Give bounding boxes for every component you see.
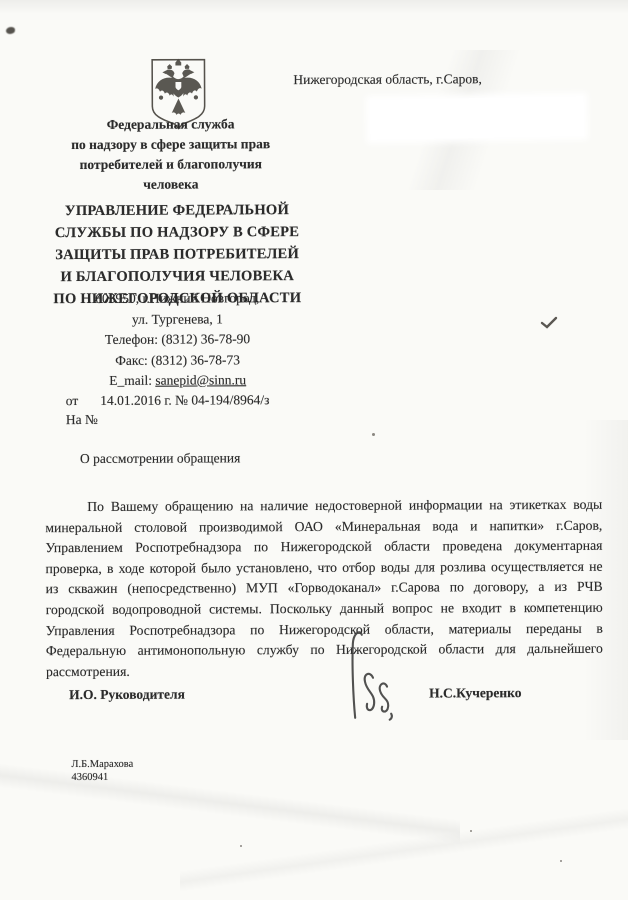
- subject-line: О рассмотрении обращения: [80, 450, 240, 467]
- contact-block: 603950, г.Нижний Новгород, ул. Тургенева…: [25, 288, 329, 392]
- from-label: от: [66, 393, 79, 408]
- scanned-letter-page: Нижегородская область, г.Саров, Федераль…: [0, 0, 628, 900]
- org-name-line: потребителей и благополучия: [31, 154, 311, 175]
- executor-phone: 4360941: [71, 771, 133, 784]
- org-name-block: Федеральная служба по надзору в сфере за…: [31, 114, 311, 195]
- email-address: sanepid@sinn.ru: [155, 372, 246, 387]
- org-name-line: человека: [31, 174, 311, 195]
- email-line: E_mail: sanepid@sinn.ru: [26, 370, 330, 392]
- recipient-region-city: Нижегородская область, г.Саров,: [293, 71, 481, 88]
- incoming-reference-line: На №: [66, 409, 270, 429]
- handwritten-signature-icon: [339, 626, 411, 731]
- reference-block: от14.01.2016 г. № 04-194/8964/з На №: [66, 390, 270, 429]
- executor-block: Л.Б.Марахова 4360941: [71, 758, 133, 784]
- department-name-line: ЗАЩИТЫ ПРАВ ПОТРЕБИТЕЛЕЙ: [25, 243, 329, 266]
- street-address-line: ул. Тургенева, 1: [25, 308, 329, 330]
- signer-position: И.О. Руководителя: [69, 687, 185, 704]
- department-name-line: УПРАВЛЕНИЕ ФЕДЕРАЛЬНОЙ: [25, 199, 329, 222]
- outgoing-reference-line: от14.01.2016 г. № 04-194/8964/з: [66, 390, 270, 410]
- outgoing-number: 14.01.2016 г. № 04-194/8964/з: [100, 392, 269, 408]
- signer-name: Н.С.Кучеренко: [429, 685, 522, 701]
- fax-line: Факс: (8312) 36-78-73: [26, 349, 330, 371]
- body-paragraph: По Вашему обращению на наличие недостове…: [45, 495, 603, 683]
- email-label: E_mail:: [109, 373, 152, 388]
- department-name-line: СЛУЖБЫ ПО НАДЗОРУ В СФЕРЕ: [25, 221, 329, 244]
- department-name-line: И БЛАГОПОЛУЧИЯ ЧЕЛОВЕКА: [25, 265, 329, 288]
- executor-name: Л.Б.Марахова: [71, 758, 133, 771]
- org-name-line: по надзору в сфере защиты прав: [31, 134, 311, 155]
- postal-address-line: 603950, г.Нижний Новгород,: [25, 288, 329, 310]
- phone-line: Телефон: (8312) 36-78-90: [25, 329, 329, 351]
- org-name-line: Федеральная служба: [31, 114, 311, 135]
- document-content: Нижегородская область, г.Саров, Федераль…: [0, 0, 628, 900]
